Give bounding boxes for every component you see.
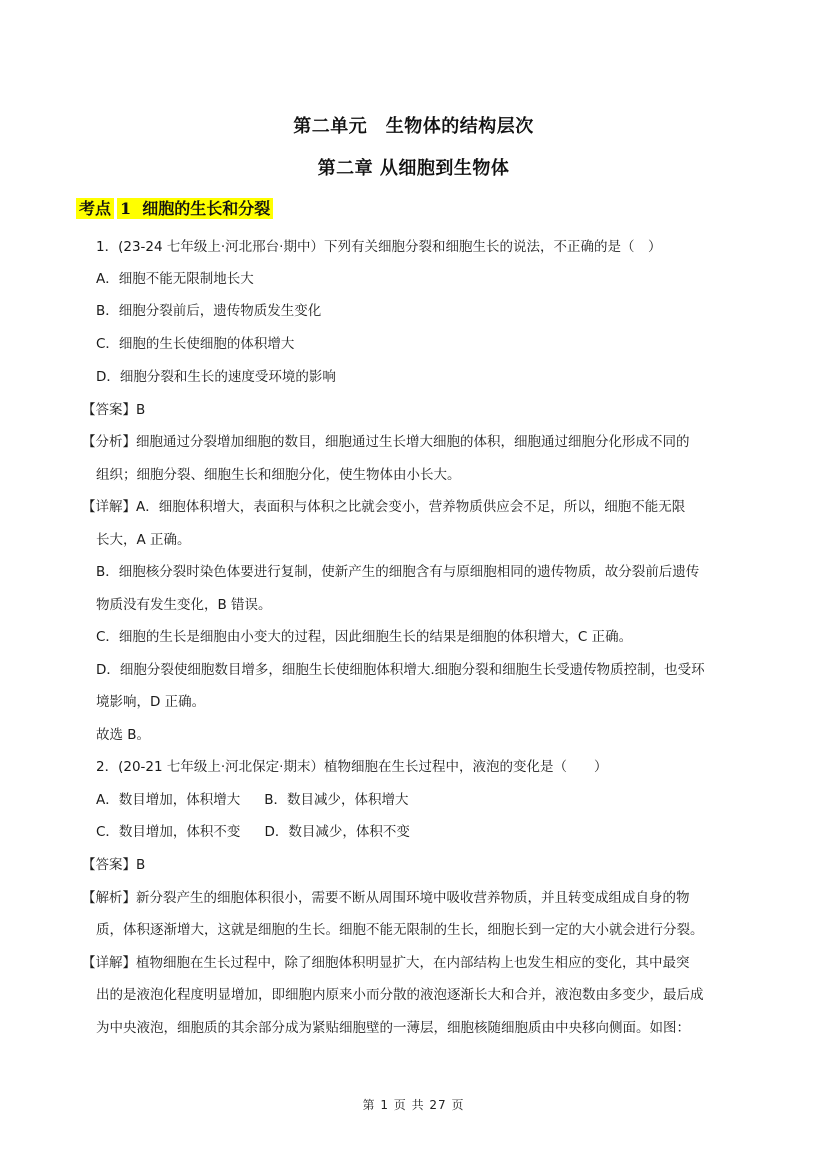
section-label: 考点 xyxy=(76,198,114,219)
question-1-analysis-line-1: 【分析】细胞通过分裂增加细胞的数目，细胞通过生长增大细胞的体积，细胞通过细胞分化… xyxy=(82,433,690,451)
question-1-detail-line-5: C．细胞的生长是细胞由小变大的过程，因此细胞生长的结果是细胞的体积增大，C 正确… xyxy=(96,628,632,646)
question-1-detail-line-1: 【详解】A．细胞体积增大，表面积与体积之比就会变小，营养物质供应会不足，所以，细… xyxy=(82,498,685,516)
question-2-analysis-line-2: 质，体积逐渐增大，这就是细胞的生长。细胞不能无限制的生长，细胞长到一定的大小就会… xyxy=(96,921,704,939)
question-2-option-a: A．数目增加，体积增大 xyxy=(96,792,240,808)
question-2-option-b: B．数目减少，体积增大 xyxy=(264,791,408,809)
question-1-detail-line-7: 境影响，D 正确。 xyxy=(96,693,205,711)
question-1-conclusion: 故选 B。 xyxy=(96,726,150,744)
question-2-detail-line-3: 为中央液泡，细胞质的其余部分成为紧贴细胞壁的一薄层，细胞核随细胞质由中央移向侧面… xyxy=(96,1019,690,1037)
section-number-title: 1 细胞的生长和分裂 xyxy=(117,198,273,219)
question-2-options-row-1: A．数目增加，体积增大B．数目减少，体积增大 xyxy=(96,791,409,809)
document-page: 第二单元 生物体的结构层次 第二章 从细胞到生物体 考点1 细胞的生长和分裂 1… xyxy=(0,0,827,1169)
question-1-option-b: B．细胞分裂前后，遗传物质发生变化 xyxy=(96,302,321,320)
question-2-analysis-line-1: 【解析】新分裂产生的细胞体积很小，需要不断从周围环境中吸收营养物质，并且转变成组… xyxy=(82,889,690,907)
section-number: 1 xyxy=(120,199,131,218)
section-heading: 考点1 细胞的生长和分裂 xyxy=(76,198,273,220)
question-1-detail-line-6: D．细胞分裂使细胞数目增多，细胞生长使细胞体积增大.细胞分裂和细胞生长受遗传物质… xyxy=(96,661,705,679)
question-1-detail-line-4: 物质没有发生变化，B 错误。 xyxy=(96,596,272,614)
section-title: 细胞的生长和分裂 xyxy=(142,199,270,218)
page-footer: 第 1 页 共 27 页 xyxy=(0,1096,827,1113)
question-1-option-c: C．细胞的生长使细胞的体积增大 xyxy=(96,335,294,353)
unit-title: 第二单元 生物体的结构层次 xyxy=(0,112,827,138)
question-1-option-d: D．细胞分裂和生长的速度受环境的影响 xyxy=(96,368,336,386)
question-2-options-row-2: C．数目增加，体积不变D．数目减少，体积不变 xyxy=(96,823,410,841)
question-1-option-a: A．细胞不能无限制地长大 xyxy=(96,270,254,288)
question-1-analysis-line-2: 组织；细胞分裂、细胞生长和细胞分化，使生物体由小长大。 xyxy=(96,466,461,484)
question-1-detail-line-2: 长大，A 正确。 xyxy=(96,531,191,549)
question-1-stem: 1．(23-24 七年级上·河北邢台·期中）下列有关细胞分裂和细胞生长的说法，不… xyxy=(96,238,661,256)
chapter-title: 第二章 从细胞到生物体 xyxy=(0,154,827,180)
question-2-detail-line-1: 【详解】植物细胞在生长过程中，除了细胞体积明显扩大，在内部结构上也发生相应的变化… xyxy=(82,954,690,972)
question-1-answer: 【答案】B xyxy=(82,401,145,419)
question-1-detail-line-3: B．细胞核分裂时染色体要进行复制，使新产生的细胞含有与原细胞相同的遗传物质，故分… xyxy=(96,563,699,581)
question-2-option-d: D．数目减少，体积不变 xyxy=(264,823,409,841)
question-2-stem: 2．(20-21 七年级上·河北保定·期末）植物细胞在生长过程中，液泡的变化是（… xyxy=(96,758,607,776)
question-2-answer: 【答案】B xyxy=(82,856,145,874)
question-2-option-c: C．数目增加，体积不变 xyxy=(96,824,240,840)
question-2-detail-line-2: 出的是液泡化程度明显增加，即细胞内原来小而分散的液泡逐渐长大和合并，液泡数由多变… xyxy=(96,986,704,1004)
